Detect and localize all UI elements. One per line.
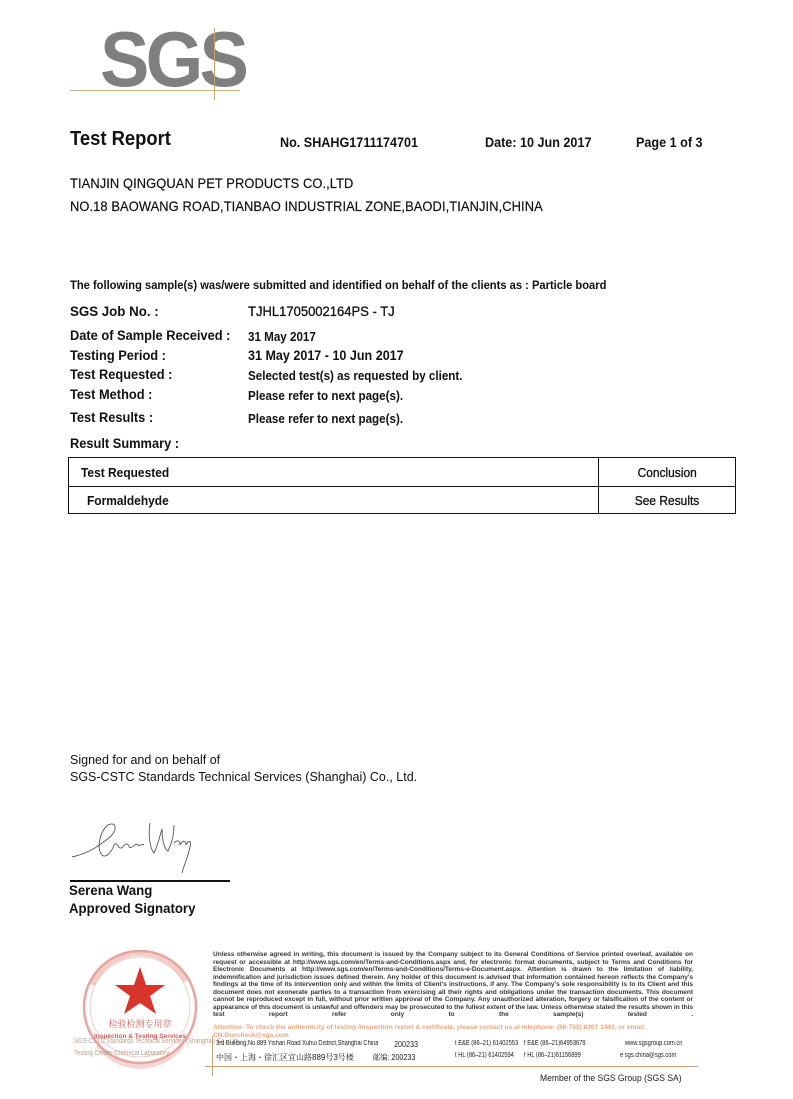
logo-vertical-rule	[214, 28, 215, 100]
stamp-company-text: SGS-CSTC Standards Technical Services (S…	[74, 1038, 239, 1045]
telephone-hl: t HL (86–21) 61402594	[455, 1052, 514, 1059]
fax-ee: f E&E (86–21)64953679	[524, 1040, 586, 1047]
report-date: Date: 10 Jun 2017	[485, 134, 591, 150]
email-link[interactable]: e sgs.china@sgs.com	[620, 1052, 676, 1059]
star-icon	[115, 967, 165, 1014]
svg-text:检验检测专用章: 检验检测专用章	[108, 1018, 171, 1030]
cell-conclusion: See Results	[599, 487, 736, 514]
page-indicator: Page 1 of 3	[636, 134, 703, 150]
footer-horizontal-rule	[205, 1066, 698, 1067]
stamp-lab-text: Testing Center-Chemical Laboratory	[74, 1050, 169, 1057]
sgs-membership-note: Member of the SGS Group (SGS SA)	[540, 1073, 682, 1083]
field-value-testing-period: 31 May 2017 - 10 Jun 2017	[248, 348, 404, 363]
column-header-test-requested: Test Requested	[69, 458, 599, 487]
result-summary-table: Test Requested Conclusion Formaldehyde S…	[68, 457, 736, 514]
table-row: Formaldehyde See Results	[69, 487, 736, 514]
report-title: Test Report	[70, 128, 171, 151]
address-chinese: 中国・上海・徐汇区宜山路889号3号楼	[216, 1052, 354, 1063]
field-label-date-received: Date of Sample Received :	[70, 328, 230, 343]
field-value-test-results: Please refer to next page(s).	[248, 412, 403, 426]
signed-on-behalf-text: Signed for and on behalf of	[70, 753, 220, 767]
client-address: NO.18 BAOWANG ROAD,TIANBAO INDUSTRIAL ZO…	[70, 198, 543, 214]
telephone-ee: t E&E (86–21) 61402553	[455, 1040, 518, 1047]
footer-vertical-rule	[212, 1036, 213, 1076]
field-label-test-requested: Test Requested :	[70, 367, 172, 382]
column-header-conclusion: Conclusion	[599, 458, 736, 487]
address-english: 3rd Building,No.889 Yishan Road Xuhui Di…	[216, 1040, 378, 1047]
result-summary-heading: Result Summary :	[70, 436, 179, 451]
field-label-job-no: SGS Job No. :	[70, 303, 159, 319]
website-link[interactable]: www.sgsgroup.com.cn	[625, 1040, 682, 1047]
signature-line	[70, 880, 230, 882]
signing-company: SGS-CSTC Standards Technical Services (S…	[70, 770, 417, 784]
legal-disclaimer: Unless otherwise agreed in writing, this…	[213, 951, 693, 1019]
field-label-test-method: Test Method :	[70, 387, 152, 402]
sample-intro: The following sample(s) was/were submitt…	[70, 278, 606, 292]
signatory-name: Serena Wang	[69, 883, 152, 898]
signatory-title: Approved Signatory	[69, 901, 195, 916]
cell-test-name: Formaldehyde	[69, 487, 599, 514]
sgs-logo-text: SGS	[100, 14, 245, 105]
table-header-row: Test Requested Conclusion	[69, 458, 736, 487]
field-value-date-received: 31 May 2017	[248, 330, 316, 344]
field-label-test-results: Test Results :	[70, 410, 153, 425]
postal-code: 200233	[394, 1040, 418, 1049]
postal-code-cn: 邮编: 200233	[373, 1052, 415, 1063]
fax-hl: f HL (86–21)61156899	[524, 1052, 581, 1059]
field-value-test-method: Please refer to next page(s).	[248, 389, 403, 403]
field-value-test-requested: Selected test(s) as requested by client.	[248, 369, 462, 383]
authenticity-notice: Attention: To check the authenticity of …	[213, 1024, 695, 1039]
handwritten-signature	[70, 815, 210, 877]
field-label-testing-period: Testing Period :	[70, 348, 166, 363]
client-name: TIANJIN QINGQUAN PET PRODUCTS CO.,LTD	[70, 175, 353, 191]
report-number: No. SHAHG1711174701	[280, 134, 418, 150]
sgs-logo: SGS	[70, 28, 250, 108]
field-value-job-no: TJHL1705002164PS - TJ	[248, 303, 395, 319]
